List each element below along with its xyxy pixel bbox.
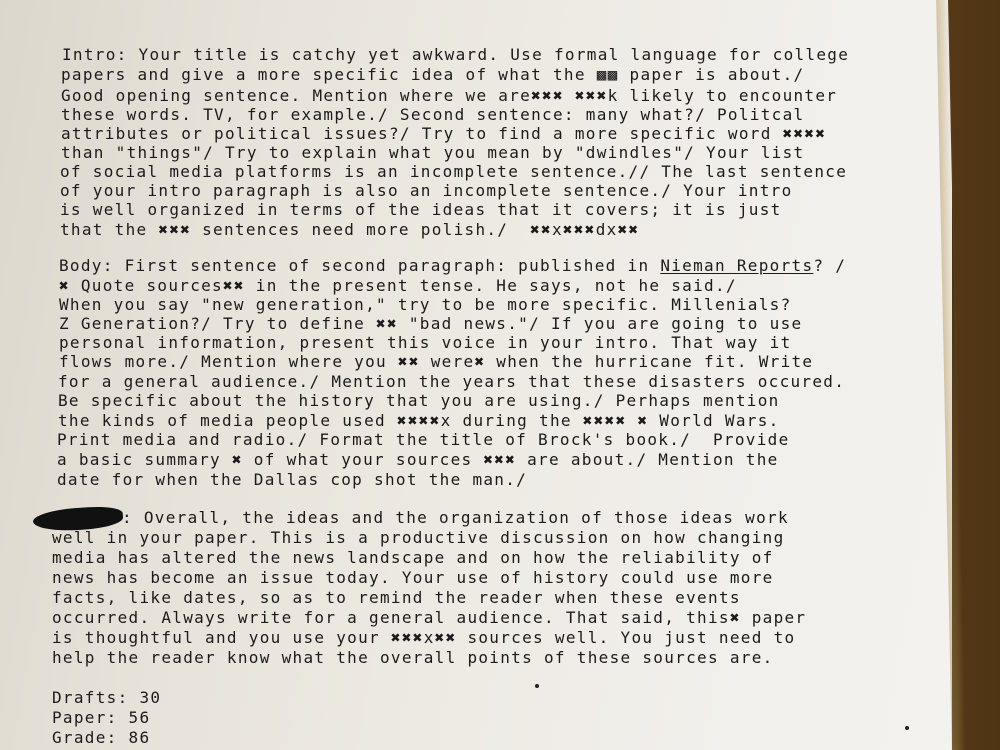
body-line: a basic summary ✖ of what your sources ✖…	[57, 450, 779, 470]
grade-label: Grade:	[52, 728, 118, 747]
grade-paper: Paper: 56	[52, 708, 150, 728]
grade-value: 30	[139, 688, 161, 707]
body-line: flows more./ Mention where you ✖✖ were✖ …	[59, 352, 813, 372]
intro-line: is well organized in terms of the ideas …	[60, 200, 782, 220]
body-line: personal information, present this voice…	[59, 333, 792, 353]
grade-label: Drafts:	[52, 688, 129, 707]
summary-line: facts, like dates, so as to remind the r…	[52, 588, 741, 608]
publication-title: Nieman Reports	[660, 256, 813, 275]
body-line-text: Body: First sentence of second paragraph…	[59, 256, 660, 275]
intro-line: Good opening sentence. Mention where we …	[61, 86, 837, 106]
body-line: Print media and radio./ Format the title…	[57, 430, 790, 450]
grade-value: 86	[129, 728, 151, 747]
summary-line: is thoughtful and you use your ✖✖✖x✖✖ so…	[52, 628, 795, 648]
intro-line: these words. TV, for example./ Second se…	[61, 105, 804, 125]
grade-drafts: Drafts: 30	[52, 688, 161, 708]
intro-line: than "things"/ Try to explain what you m…	[61, 143, 804, 163]
intro-line: attributes or political issues?/ Try to …	[61, 124, 826, 144]
body-line: the kinds of media people used ✖✖✖✖x dur…	[58, 411, 780, 431]
grade-final: Grade: 86	[52, 728, 150, 748]
intro-line: that the ✖✖✖ sentences need more polish.…	[60, 220, 639, 240]
summary-line: news has become an issue today. Your use…	[52, 568, 774, 588]
body-line: for a general audience./ Mention the yea…	[58, 372, 845, 392]
speck	[535, 684, 539, 688]
summary-line: media has altered the news landscape and…	[52, 548, 774, 568]
summary-line: : Overall, the ideas and the organizatio…	[122, 508, 789, 528]
grade-value: 56	[129, 708, 151, 727]
summary-line: help the reader know what the overall po…	[52, 648, 774, 668]
speck	[905, 726, 909, 730]
body-line: Be specific about the history that you a…	[58, 391, 780, 411]
intro-line: of your intro paragraph is also an incom…	[60, 181, 793, 201]
summary-line: occurred. Always write for a general aud…	[52, 608, 806, 628]
body-line: Z Generation?/ Try to define ✖✖ "bad new…	[59, 314, 802, 334]
summary-line: well in your paper. This is a productive…	[52, 528, 785, 548]
grades-section: Drafts: 30 Paper: 56 Grade: 86	[0, 0, 22, 76]
body-line: When you say "new generation," try to be…	[59, 295, 792, 315]
intro-line: papers and give a more specific idea of …	[61, 65, 804, 85]
intro-line: Intro: Your title is catchy yet awkward.…	[62, 45, 849, 65]
body-line: date for when the Dallas cop shot the ma…	[57, 470, 527, 490]
grade-label: Paper:	[52, 708, 118, 727]
body-line: ✖ Quote sources✖✖ in the present tense. …	[59, 276, 737, 296]
intro-line: of social media platforms is an incomple…	[60, 162, 847, 182]
body-line-tail: ? /	[813, 256, 846, 275]
body-line: Body: First sentence of second paragraph…	[59, 256, 846, 276]
